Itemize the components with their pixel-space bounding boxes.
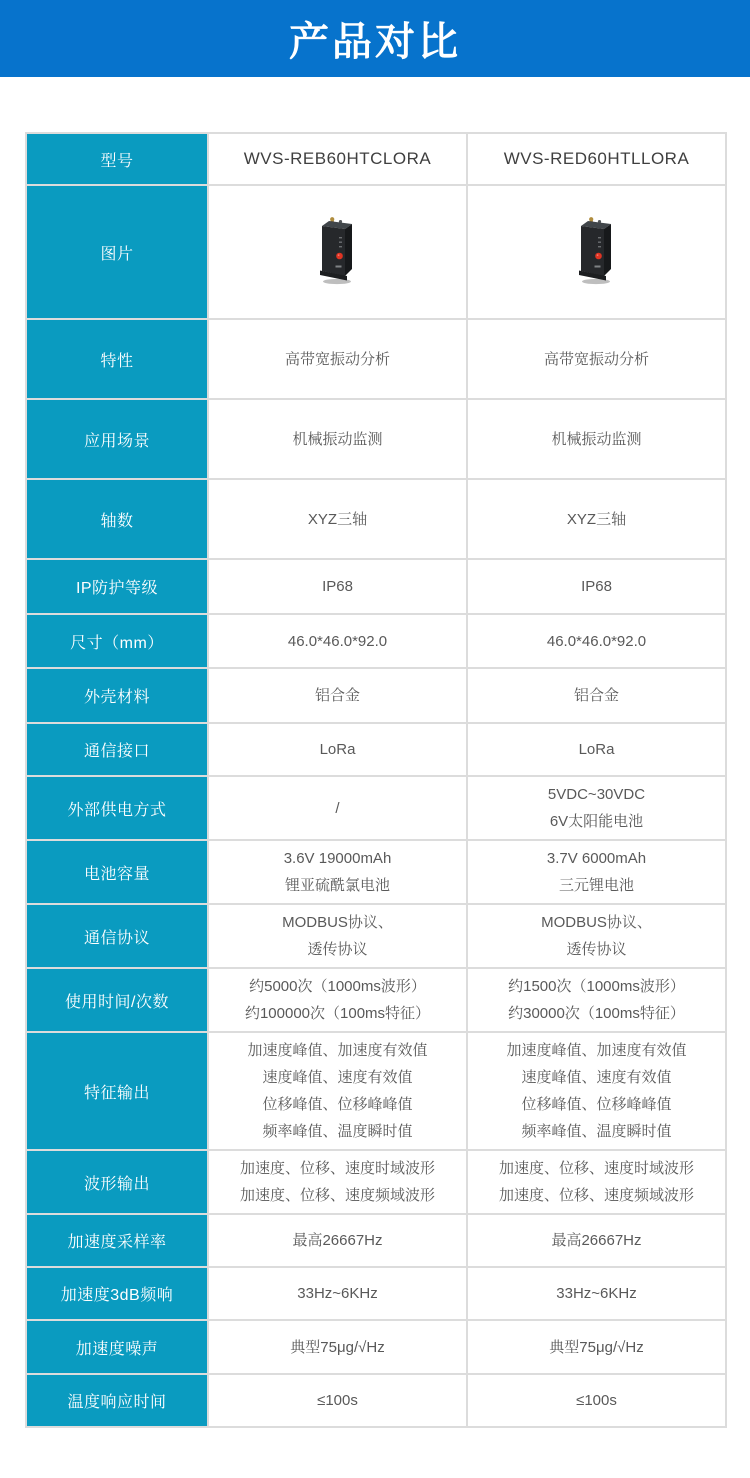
table-row: 应用场景机械振动监测机械振动监测: [26, 399, 726, 479]
page: 产品对比 型号WVS-REB60HTCLORAWVS-RED60HTLLORA图…: [0, 0, 750, 1478]
page-title: 产品对比: [289, 10, 461, 67]
table-row: 温度响应时间≤100s≤100s: [26, 1374, 726, 1427]
spec-value-2: 5VDC~30VDC 6V太阳能电池: [467, 776, 726, 840]
page-header: 产品对比: [0, 0, 750, 77]
row-label: 通信接口: [26, 723, 208, 776]
spec-value-2: 高带宽振动分析: [467, 319, 726, 399]
spec-value-2: LoRa: [467, 723, 726, 776]
spec-value-2: 加速度、位移、速度时域波形 加速度、位移、速度频域波形: [467, 1150, 726, 1214]
table-row: 外壳材料铝合金铝合金: [26, 668, 726, 723]
spec-value-1: 高带宽振动分析: [208, 319, 467, 399]
spec-value-1: 典型75μg/√Hz: [208, 1320, 467, 1374]
spec-value-1: 铝合金: [208, 668, 467, 723]
product-image-cell-1: [208, 185, 467, 319]
spec-value-1: 加速度峰值、加速度有效值 速度峰值、速度有效值 位移峰值、位移峰峰值 频率峰值、…: [208, 1032, 467, 1150]
spec-value-2: 33Hz~6KHz: [467, 1267, 726, 1320]
table-row: 通信协议MODBUS协议、 透传协议MODBUS协议、 透传协议: [26, 904, 726, 968]
product-image-wrap: [474, 217, 719, 287]
product-image-wrap: [215, 217, 460, 287]
spec-value-2: XYZ三轴: [467, 479, 726, 559]
row-label: 轴数: [26, 479, 208, 559]
spec-value-2: 最高26667Hz: [467, 1214, 726, 1267]
table-row: 图片: [26, 185, 726, 319]
spec-value-1: 加速度、位移、速度时域波形 加速度、位移、速度频域波形: [208, 1150, 467, 1214]
spec-value-1: 3.6V 19000mAh 锂亚硫酰氯电池: [208, 840, 467, 904]
spec-value-1: XYZ三轴: [208, 479, 467, 559]
product-device-icon: [316, 217, 360, 287]
table-row: 特性高带宽振动分析高带宽振动分析: [26, 319, 726, 399]
spec-value-1: ≤100s: [208, 1374, 467, 1427]
spec-value-2: 典型75μg/√Hz: [467, 1320, 726, 1374]
table-row: IP防护等级IP68IP68: [26, 559, 726, 614]
table-row: 加速度3dB频响33Hz~6KHz33Hz~6KHz: [26, 1267, 726, 1320]
row-label: 使用时间/次数: [26, 968, 208, 1032]
table-row: 特征输出加速度峰值、加速度有效值 速度峰值、速度有效值 位移峰值、位移峰峰值 频…: [26, 1032, 726, 1150]
row-label: 图片: [26, 185, 208, 319]
spec-value-1: /: [208, 776, 467, 840]
row-label: IP防护等级: [26, 559, 208, 614]
row-label: 特性: [26, 319, 208, 399]
table-row: 加速度采样率最高26667Hz最高26667Hz: [26, 1214, 726, 1267]
spec-value-1: 46.0*46.0*92.0: [208, 614, 467, 668]
row-label: 电池容量: [26, 840, 208, 904]
table-row: 轴数XYZ三轴XYZ三轴: [26, 479, 726, 559]
table-row: 型号WVS-REB60HTCLORAWVS-RED60HTLLORA: [26, 133, 726, 185]
row-label: 加速度噪声: [26, 1320, 208, 1374]
table-row: 通信接口LoRaLoRa: [26, 723, 726, 776]
row-label: 尺寸（mm）: [26, 614, 208, 668]
spec-value-2: 铝合金: [467, 668, 726, 723]
row-label: 应用场景: [26, 399, 208, 479]
spec-value-2: 46.0*46.0*92.0: [467, 614, 726, 668]
row-label: 加速度采样率: [26, 1214, 208, 1267]
table-row: 使用时间/次数约5000次（1000ms波形） 约100000次（100ms特征…: [26, 968, 726, 1032]
row-label: 温度响应时间: [26, 1374, 208, 1427]
comparison-table: 型号WVS-REB60HTCLORAWVS-RED60HTLLORA图片: [25, 132, 727, 1428]
spec-value-1: 约5000次（1000ms波形） 约100000次（100ms特征）: [208, 968, 467, 1032]
spec-value-1: 最高26667Hz: [208, 1214, 467, 1267]
row-label: 外部供电方式: [26, 776, 208, 840]
table-row: 波形输出加速度、位移、速度时域波形 加速度、位移、速度频域波形加速度、位移、速度…: [26, 1150, 726, 1214]
row-label: 波形输出: [26, 1150, 208, 1214]
row-label: 特征输出: [26, 1032, 208, 1150]
spec-value-1: LoRa: [208, 723, 467, 776]
spec-value-2: WVS-RED60HTLLORA: [467, 133, 726, 185]
table-row: 尺寸（mm）46.0*46.0*92.046.0*46.0*92.0: [26, 614, 726, 668]
table-row: 外部供电方式/5VDC~30VDC 6V太阳能电池: [26, 776, 726, 840]
row-label: 通信协议: [26, 904, 208, 968]
product-image-cell-2: [467, 185, 726, 319]
spec-value-2: 3.7V 6000mAh 三元锂电池: [467, 840, 726, 904]
spec-value-1: 33Hz~6KHz: [208, 1267, 467, 1320]
row-label: 加速度3dB频响: [26, 1267, 208, 1320]
comparison-section: 型号WVS-REB60HTCLORAWVS-RED60HTLLORA图片: [0, 77, 750, 1478]
spec-value-2: 约1500次（1000ms波形） 约30000次（100ms特征）: [467, 968, 726, 1032]
spec-value-2: ≤100s: [467, 1374, 726, 1427]
spec-value-1: WVS-REB60HTCLORA: [208, 133, 467, 185]
spec-value-2: MODBUS协议、 透传协议: [467, 904, 726, 968]
product-device-icon: [575, 217, 619, 287]
spec-value-1: MODBUS协议、 透传协议: [208, 904, 467, 968]
spec-value-1: 机械振动监测: [208, 399, 467, 479]
spec-value-2: IP68: [467, 559, 726, 614]
spec-value-2: 加速度峰值、加速度有效值 速度峰值、速度有效值 位移峰值、位移峰峰值 频率峰值、…: [467, 1032, 726, 1150]
spec-value-2: 机械振动监测: [467, 399, 726, 479]
row-label: 外壳材料: [26, 668, 208, 723]
row-label: 型号: [26, 133, 208, 185]
table-row: 加速度噪声典型75μg/√Hz典型75μg/√Hz: [26, 1320, 726, 1374]
spec-value-1: IP68: [208, 559, 467, 614]
table-row: 电池容量3.6V 19000mAh 锂亚硫酰氯电池3.7V 6000mAh 三元…: [26, 840, 726, 904]
